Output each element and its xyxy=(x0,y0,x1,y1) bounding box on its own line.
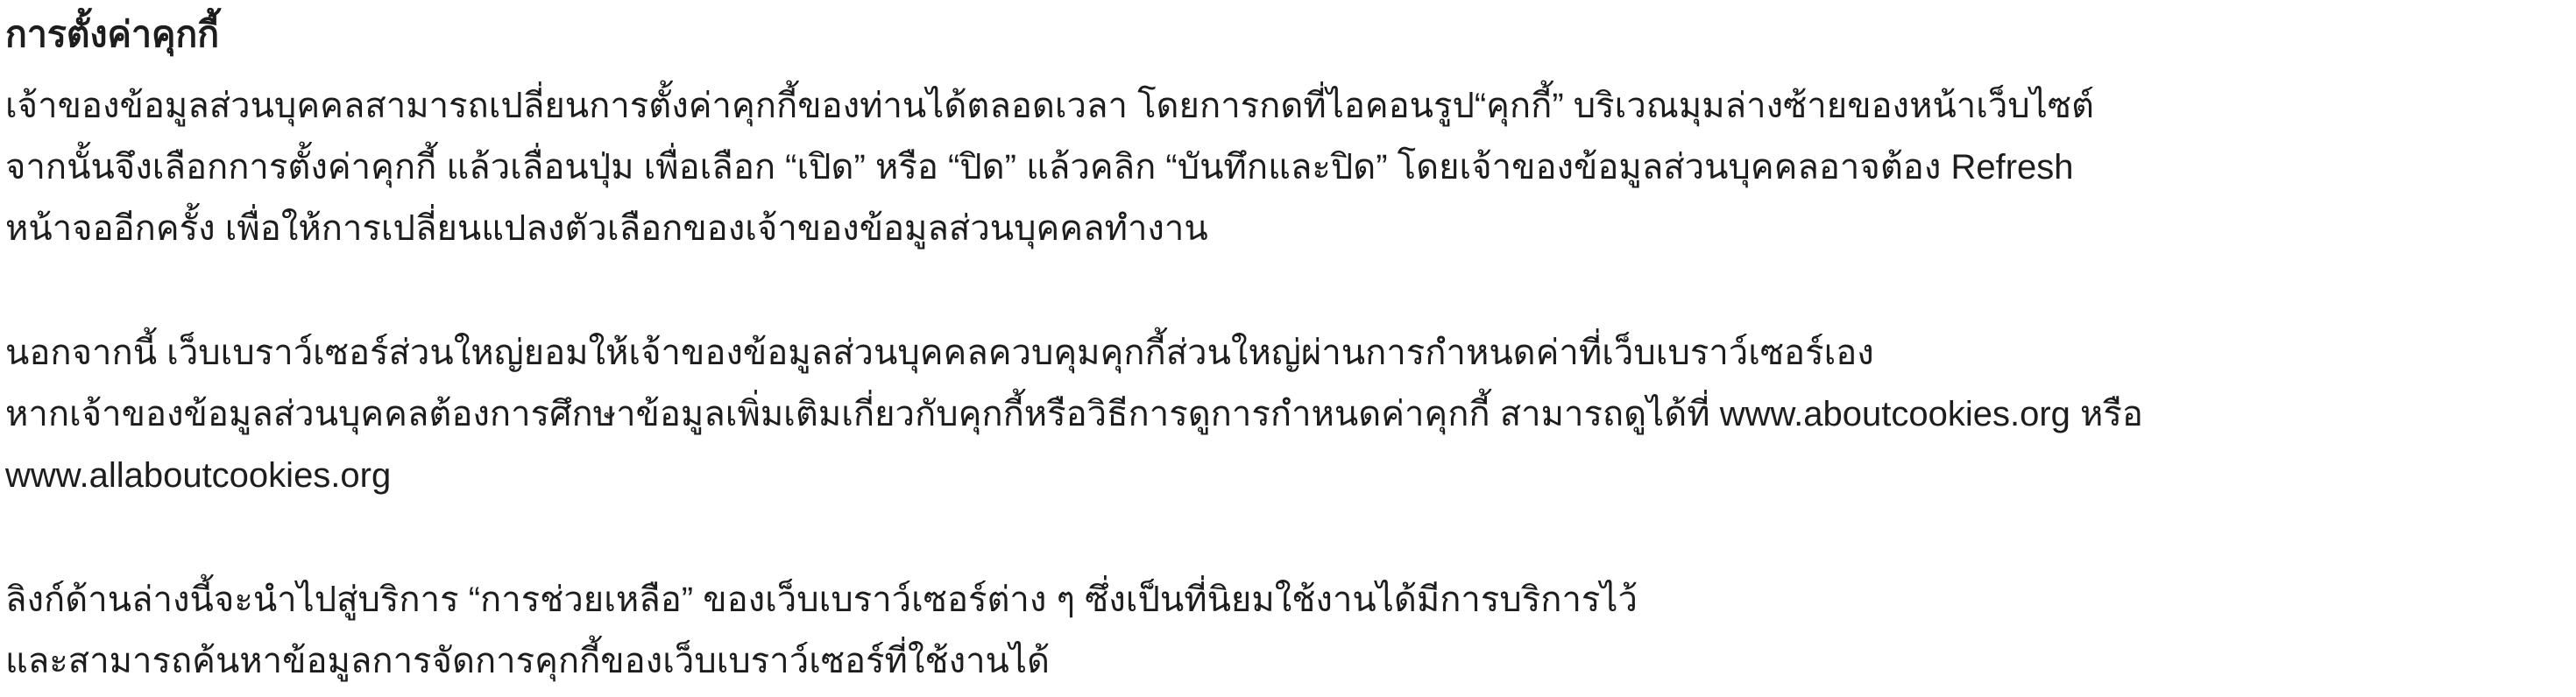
paragraph-cookie-icon-instructions: เจ้าของข้อมูลส่วนบุคคลสามารถเปลี่ยนการตั… xyxy=(5,75,2576,259)
text-line: เจ้าของข้อมูลส่วนบุคคลสามารถเปลี่ยนการตั… xyxy=(5,75,2576,137)
text-line: หน้าจออีกครั้ง เพื่อให้การเปลี่ยนแปลงตัว… xyxy=(5,198,2576,259)
text-line: หากเจ้าของข้อมูลส่วนบุคคลต้องการศึกษาข้อ… xyxy=(5,384,2576,445)
paragraph-browser-help-links: ลิงก์ด้านล่างนี้จะนำไปสู่บริการ “การช่วย… xyxy=(5,569,2576,692)
page-title: การตั้งค่าคุกกี้ xyxy=(5,4,2576,65)
paragraph-browser-settings: นอกจากนี้ เว็บเบราว์เซอร์ส่วนใหญ่ยอมให้เ… xyxy=(5,322,2576,506)
text-line: ลิงก์ด้านล่างนี้จะนำไปสู่บริการ “การช่วย… xyxy=(5,569,2576,630)
text-line: นอกจากนี้ เว็บเบราว์เซอร์ส่วนใหญ่ยอมให้เ… xyxy=(5,322,2576,384)
text-line: www.allaboutcookies.org xyxy=(5,445,2576,506)
text-line: จากนั้นจึงเลือกการตั้งค่าคุกกี้ แล้วเลื่… xyxy=(5,137,2576,198)
cookie-settings-section: การตั้งค่าคุกกี้ เจ้าของข้อมูลส่วนบุคคลส… xyxy=(0,0,2576,697)
text-line: และสามารถค้นหาข้อมูลการจัดการคุกกี้ของเว… xyxy=(5,630,2576,692)
